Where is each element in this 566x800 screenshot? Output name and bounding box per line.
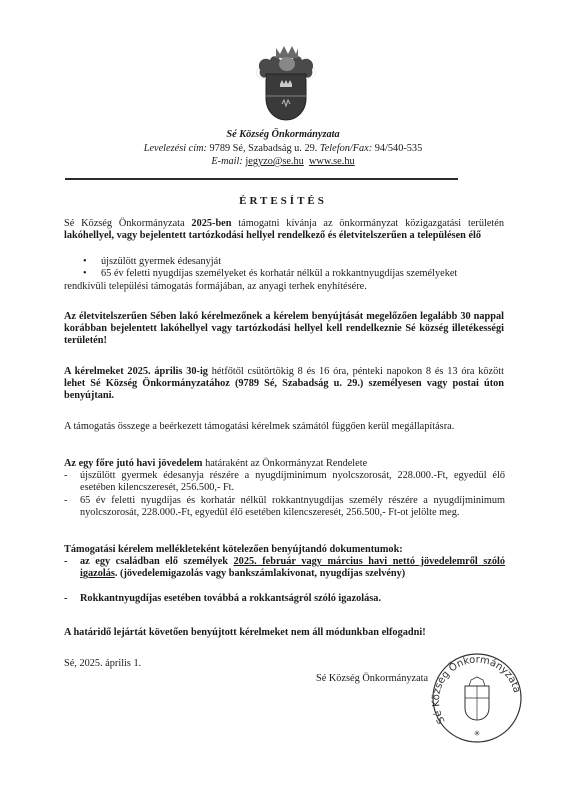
address-label: Levelezési cím: <box>144 143 207 154</box>
submission-hours: hétfőtől csütörtökig 8 és 16 óra, péntek… <box>208 366 504 377</box>
org-name: Sé Község Önkormányzata <box>0 129 566 141</box>
income-intro-text: határaként az Önkormányzat Rendelete <box>203 458 368 469</box>
intro-text-2: támogatni kívánja az önkormányzat köziga… <box>231 218 504 229</box>
intro-text-1: Sé Község Önkormányzata <box>64 218 191 229</box>
dash-marker: - <box>64 556 67 568</box>
bullet-icon: • <box>83 268 87 280</box>
header-divider <box>65 178 458 180</box>
svg-text:✳: ✳ <box>474 729 481 738</box>
amount-note: A támogatás összege a beérkezett támogat… <box>64 421 504 433</box>
intro-year: 2025-ben <box>191 218 231 229</box>
bullet-icon: • <box>83 256 87 268</box>
income-limit-text: 65 év feletti nyugdíjas és korhatár nélk… <box>80 495 505 518</box>
official-seal-icon: Sé Község Önkormányzata ✳ <box>431 652 523 744</box>
documents-heading: Támogatási kérelem mellékleteként kötele… <box>64 544 504 556</box>
residency-notice: Az életvitelszerűen Sében lakó kérelmező… <box>64 311 504 348</box>
submission-paragraph: A kérelmeket 2025. április 30-ig hétfőtő… <box>64 366 504 403</box>
bullet-text: 65 év feletti nyugdíjas személyeket és k… <box>101 268 505 280</box>
address-line: Levelezési cím: 9789 Sé, Szabadság u. 29… <box>0 143 566 155</box>
phone-value: 94/540-535 <box>375 143 422 154</box>
document-item-text: Rokkantnyugdíjas esetében továbbá a rokk… <box>80 593 381 604</box>
income-limit-item: - 65 év feletti nyugdíjas és korhatár né… <box>80 495 505 519</box>
svg-text:Sé Község Önkormányzata: Sé Község Önkormányzata <box>431 655 522 726</box>
email-link[interactable]: jegyzo@se.hu <box>245 156 303 167</box>
stamp-text: Sé Község Önkormányzata <box>431 655 522 726</box>
income-intro: Az egy főre jutó havi jövedelem határaké… <box>64 458 504 470</box>
income-limit-text: újszülött gyermek édesanyja részére a ny… <box>80 470 505 493</box>
document-item: - Rokkantnyugdíjas esetében továbbá a ro… <box>80 593 505 605</box>
signature: Sé Község Önkormányzata <box>316 673 428 685</box>
submission-place: lehet Sé Község Önkormányzatához (9789 S… <box>64 378 504 401</box>
email-label: E-mail: <box>211 156 242 167</box>
contact-line: E-mail: jegyzo@se.hu www.se.hu <box>0 156 566 168</box>
document-title: ÉRTESÍTÉS <box>0 195 566 207</box>
document-item-text: az egy családban elő személyek <box>80 556 234 567</box>
submission-deadline: A kérelmeket 2025. április 30-ig <box>64 366 208 377</box>
dash-marker: - <box>64 495 67 507</box>
date-line: Sé, 2025. április 1. <box>64 658 141 670</box>
dash-marker: - <box>64 593 67 605</box>
website-link[interactable]: www.se.hu <box>309 156 355 167</box>
address-value: 9789 Sé, Szabadság u. 29. <box>210 143 318 154</box>
dash-marker: - <box>64 470 67 482</box>
phone-label: Telefon/Fax: <box>320 143 372 154</box>
document-item-note: . (jövedelemigazolás vagy bankszámlakivo… <box>115 568 405 579</box>
income-limit-item: - újszülött gyermek édesanyja részére a … <box>80 470 505 494</box>
deadline-warning: A határidő lejártát követően benyújtott … <box>64 627 544 639</box>
bullets-tail: rendkívüli települési támogatás formájáb… <box>64 281 504 293</box>
income-intro-bold: Az egy főre jutó havi jövedelem <box>64 458 203 469</box>
coat-of-arms-icon <box>254 40 318 122</box>
bullet-text: újszülött gyermek édesanyját <box>101 256 221 268</box>
document-item: - az egy családban elő személyek 2025. f… <box>80 556 505 580</box>
intro-paragraph: Sé Község Önkormányzata 2025-ben támogat… <box>64 218 504 242</box>
intro-eligibility: lakóhellyel, vagy bejelentett tartózkodá… <box>64 230 481 241</box>
